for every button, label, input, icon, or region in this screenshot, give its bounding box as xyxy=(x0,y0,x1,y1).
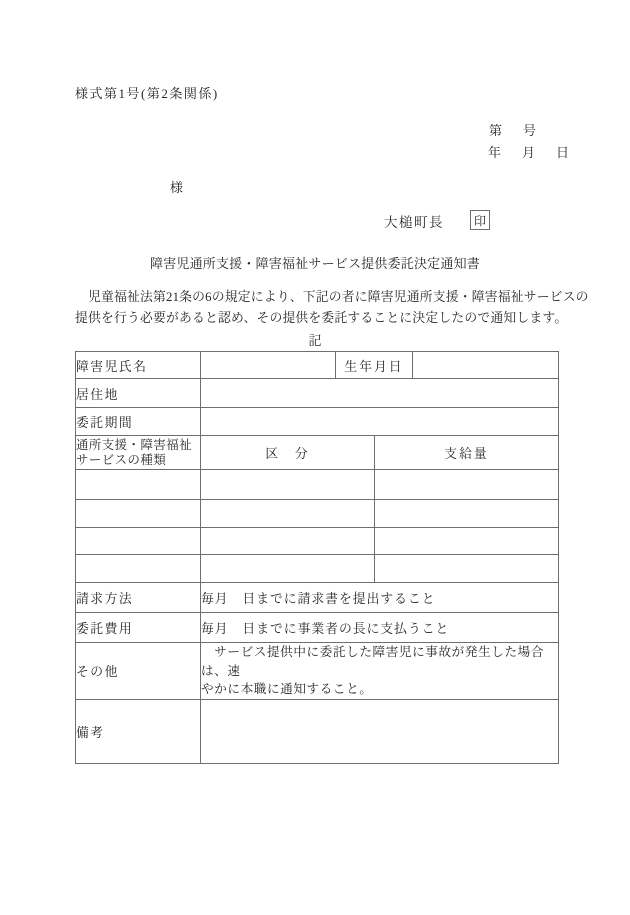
label-child-name: 障害児氏名 xyxy=(76,352,201,379)
intro-line-1: 児童福祉法第21条の6の規定により、下記の者に障害児通所支援・障害福祉サービスの xyxy=(75,287,575,308)
intro-line-2: 提供を行う必要があると認め、その提供を委託することに決定したので通知します。 xyxy=(75,308,575,329)
label-birth-date: 生年月日 xyxy=(336,352,413,379)
label-entrust-period: 委託期間 xyxy=(76,408,201,436)
label-service-type-line-1: 通所支援・障害福祉 xyxy=(76,438,200,453)
row-service-type-header: 通所支援・障害福祉 サービスの種類 区 分 支給量 xyxy=(76,436,559,470)
row-entrust-cost: 委託費用 毎月 日までに事業者の長に支払うこと xyxy=(76,613,559,643)
field-supply-amount-1 xyxy=(375,470,559,500)
intro-paragraph: 児童福祉法第21条の6の規定により、下記の者に障害児通所支援・障害福祉サービスの… xyxy=(75,287,575,329)
field-residence xyxy=(201,379,559,408)
field-service-type-4 xyxy=(76,555,201,583)
field-entrust-period xyxy=(201,408,559,436)
row-billing-method: 請求方法 毎月 日までに請求書を提出すること xyxy=(76,583,559,613)
doc-number-placeholder: 第 号 xyxy=(489,120,540,139)
value-billing-method: 毎月 日までに請求書を提出すること xyxy=(201,583,559,613)
field-category-3 xyxy=(201,528,375,555)
field-supply-amount-4 xyxy=(375,555,559,583)
label-service-type: 通所支援・障害福祉 サービスの種類 xyxy=(76,436,201,470)
service-row-3 xyxy=(76,528,559,555)
issuer-title: 大槌町長 xyxy=(384,211,444,231)
field-supply-amount-2 xyxy=(375,500,559,528)
value-other-line-2: やかに本職に通知すること。 xyxy=(201,680,558,699)
value-entrust-cost: 毎月 日までに事業者の長に支払うこと xyxy=(201,613,559,643)
field-category-4 xyxy=(201,555,375,583)
row-child-name: 障害児氏名 生年月日 xyxy=(76,352,559,379)
service-row-4 xyxy=(76,555,559,583)
seal-stamp-box: 印 xyxy=(470,210,490,230)
value-other: サービス提供中に委託した障害児に事故が発生した場合は、速 やかに本職に通知するこ… xyxy=(201,643,559,700)
label-billing-method: 請求方法 xyxy=(76,583,201,613)
row-remarks: 備考 xyxy=(76,699,559,763)
field-remarks xyxy=(201,699,559,763)
document-title: 障害児通所支援・障害福祉サービス提供委託決定通知書 xyxy=(0,253,630,272)
row-entrust-period: 委託期間 xyxy=(76,408,559,436)
field-category-2 xyxy=(201,500,375,528)
field-service-type-3 xyxy=(76,528,201,555)
field-service-type-2 xyxy=(76,500,201,528)
row-residence: 居住地 xyxy=(76,379,559,408)
row-other: その他 サービス提供中に委託した障害児に事故が発生した場合は、速 やかに本職に通… xyxy=(76,643,559,700)
value-other-line-1: サービス提供中に委託した障害児に事故が発生した場合は、速 xyxy=(201,643,558,680)
label-remarks: 備考 xyxy=(76,699,201,763)
doc-date-placeholder: 年 月 日 xyxy=(488,142,573,161)
form-number: 様式第1号(第2条関係) xyxy=(75,83,219,102)
header-supply-amount: 支給量 xyxy=(375,436,559,470)
form-table: 障害児氏名 生年月日 居住地 委託期間 通所支援・障害福祉 サービスの種類 区 … xyxy=(75,351,559,764)
header-category: 区 分 xyxy=(201,436,375,470)
field-birth-date xyxy=(413,352,559,379)
field-service-type-1 xyxy=(76,470,201,500)
ki-marker: 記 xyxy=(0,330,630,349)
label-other: その他 xyxy=(76,643,201,700)
service-row-2 xyxy=(76,500,559,528)
field-child-name xyxy=(201,352,336,379)
field-category-1 xyxy=(201,470,375,500)
label-entrust-cost: 委託費用 xyxy=(76,613,201,643)
label-residence: 居住地 xyxy=(76,379,201,408)
field-supply-amount-3 xyxy=(375,528,559,555)
label-service-type-line-2: サービスの種類 xyxy=(76,453,200,468)
service-row-1 xyxy=(76,470,559,500)
seal-label: 印 xyxy=(474,212,486,229)
document-page: 様式第1号(第2条関係) 第 号 年 月 日 様 大槌町長 印 障害児通所支援・… xyxy=(0,0,630,915)
addressee-suffix: 様 xyxy=(170,177,183,196)
